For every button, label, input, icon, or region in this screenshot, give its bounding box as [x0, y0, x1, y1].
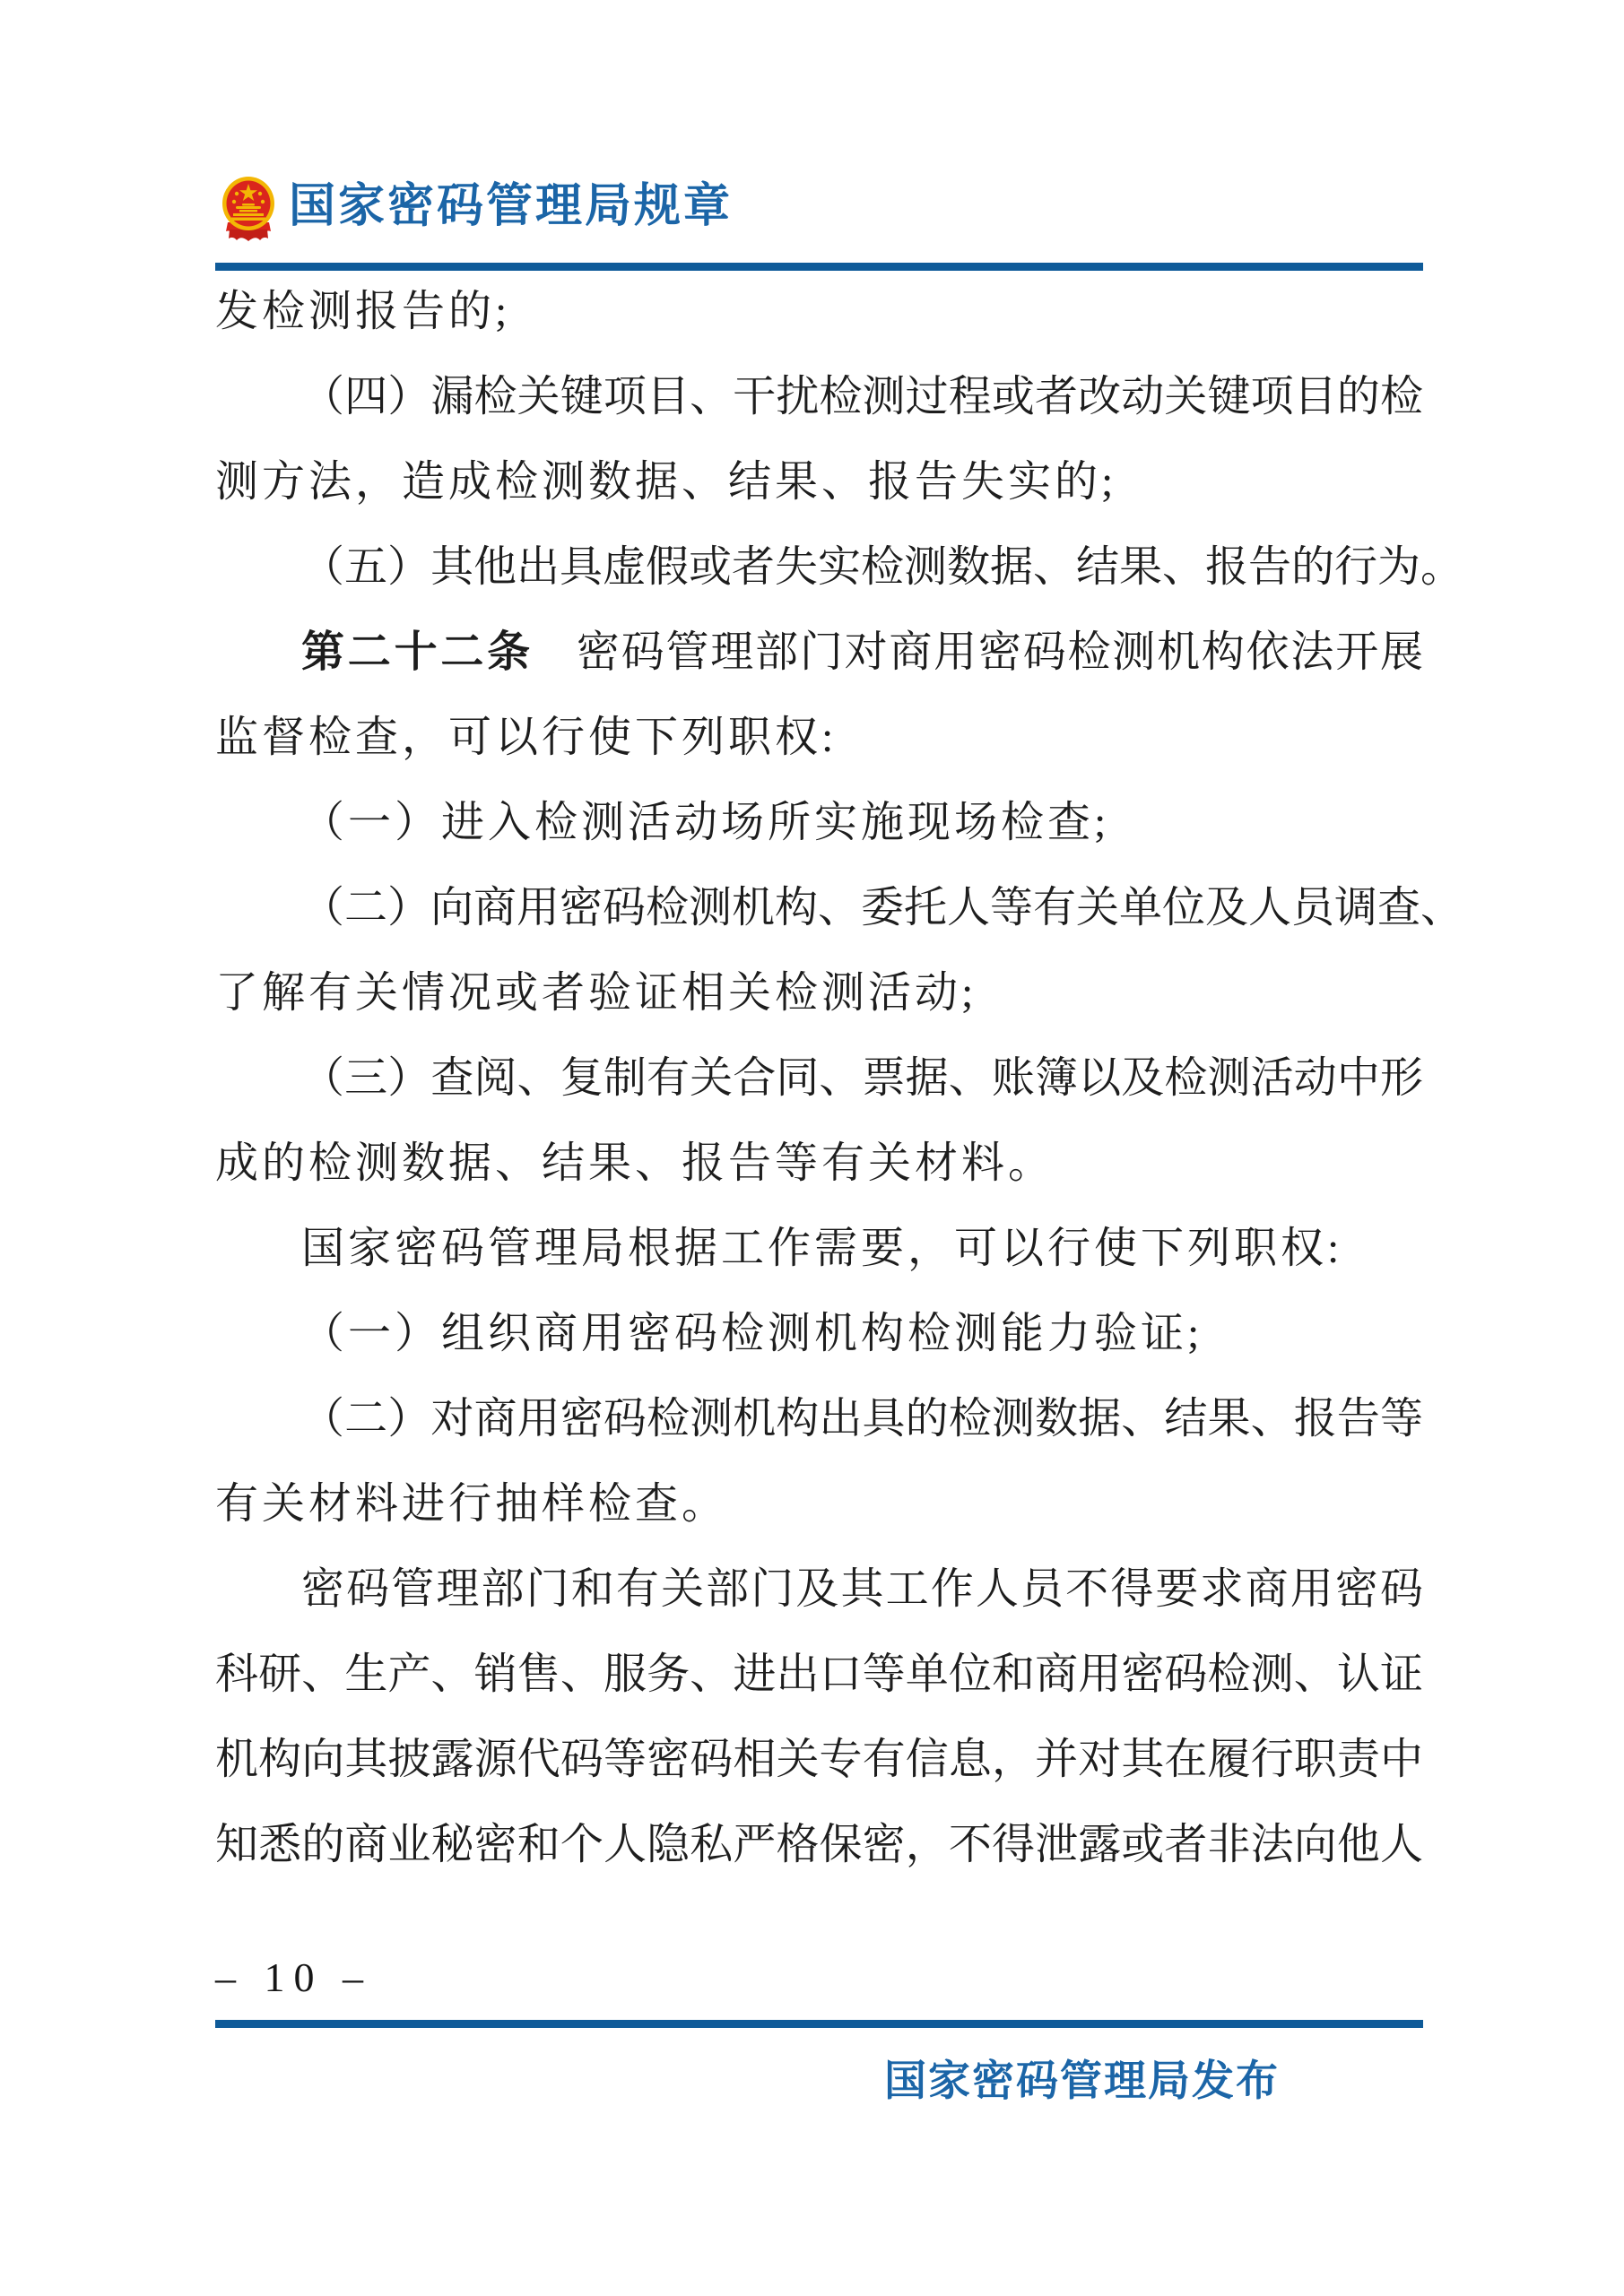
publisher-label: 国家密码管理局发布	[884, 2057, 1280, 2107]
body-line: （二）对商用密码检测机构出具的检测数据、结果、报告等	[215, 1376, 1423, 1461]
body-line: 监督检查，可以行使下列职权:	[215, 695, 1423, 780]
body-line: 发检测报告的;	[215, 269, 1423, 354]
page-number: – 10 –	[215, 1953, 372, 2003]
body-line: 科研、生产、销售、服务、进出口等单位和商用密码检测、认证	[215, 1632, 1423, 1717]
article-number: 第二十二条	[301, 628, 534, 676]
body-line: 测方法，造成检测数据、结果、报告失实的;	[215, 439, 1423, 524]
china-national-emblem-icon	[221, 176, 276, 244]
body-line: 国家密码管理局根据工作需要，可以行使下列职权:	[215, 1206, 1423, 1291]
body-line: （二）向商用密码检测机构、委托人等有关单位及人员调查、	[215, 865, 1423, 950]
footer-rule-divider	[215, 2020, 1423, 2028]
body-line: 了解有关情况或者验证相关检测活动;	[215, 950, 1423, 1035]
body-line: 知悉的商业秘密和个人隐私严格保密，不得泄露或者非法向他人	[215, 1802, 1423, 1887]
body-line: 有关材料进行抽样检查。	[215, 1461, 1423, 1547]
body-line: 密码管理部门和有关部门及其工作人员不得要求商用密码	[215, 1547, 1423, 1632]
document-page: 国家密码管理局规章 发检测报告的; （四）漏检关键项目、干扰检测过程或者改动关键…	[0, 0, 1624, 2296]
body-line: （一）进入检测活动场所实施现场检查;	[215, 780, 1423, 865]
body-line: （一）组织商用密码检测机构检测能力验证;	[215, 1291, 1423, 1376]
article-text: 密码管理部门对商用密码检测机构依法开展	[577, 628, 1423, 676]
page-title: 国家密码管理局规章	[289, 180, 733, 234]
body-line: （五）其他出具虚假或者失实检测数据、结果、报告的行为。	[215, 524, 1423, 610]
body-line: （三）查阅、复制有关合同、票据、账簿以及检测活动中形	[215, 1035, 1423, 1121]
body-line: （四）漏检关键项目、干扰检测过程或者改动关键项目的检	[215, 354, 1423, 439]
document-body: 发检测报告的; （四）漏检关键项目、干扰检测过程或者改动关键项目的检 测方法，造…	[215, 269, 1423, 1887]
body-line-article: 第二十二条密码管理部门对商用密码检测机构依法开展	[215, 610, 1423, 695]
body-line: 成的检测数据、结果、报告等有关材料。	[215, 1121, 1423, 1206]
body-line: 机构向其披露源代码等密码相关专有信息，并对其在履行职责中	[215, 1717, 1423, 1802]
